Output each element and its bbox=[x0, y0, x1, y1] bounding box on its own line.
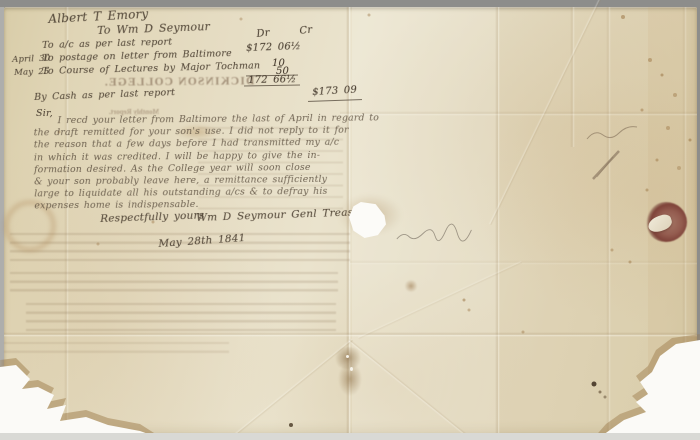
showthrough-print-block bbox=[10, 272, 338, 298]
pencil-scribble bbox=[395, 225, 475, 250]
fold-line-vertical bbox=[570, 7, 575, 147]
stain bbox=[404, 280, 418, 292]
scan-background-bottom bbox=[0, 433, 700, 440]
showthrough-print-block bbox=[4, 342, 229, 355]
fold-line-horizontal bbox=[340, 111, 697, 116]
fold-line-vertical bbox=[495, 7, 500, 433]
stain-speck bbox=[350, 367, 353, 371]
foxing-specks bbox=[0, 0, 2, 2]
account-row-amount: $172 06½ bbox=[246, 41, 301, 54]
stain-speck bbox=[346, 355, 349, 358]
ink-smudge-scribble bbox=[583, 125, 645, 190]
credit-column-header: Cr bbox=[299, 25, 313, 37]
letter-body: I recd your letter from Baltimore the la… bbox=[34, 113, 350, 213]
fold-line-horizontal bbox=[350, 260, 697, 265]
account-credit-amount: $173 09 bbox=[312, 85, 357, 98]
debit-column-header: Dr bbox=[256, 28, 270, 40]
dickinson-college-stamp-mirrored: DICKINSON COLLEGE. bbox=[98, 75, 260, 88]
scanned-letter-photo: DICKINSON COLLEGE. Monthly Report. Alber… bbox=[0, 0, 700, 440]
fold-line-vertical bbox=[606, 7, 611, 433]
showthrough-print-block bbox=[26, 303, 336, 335]
